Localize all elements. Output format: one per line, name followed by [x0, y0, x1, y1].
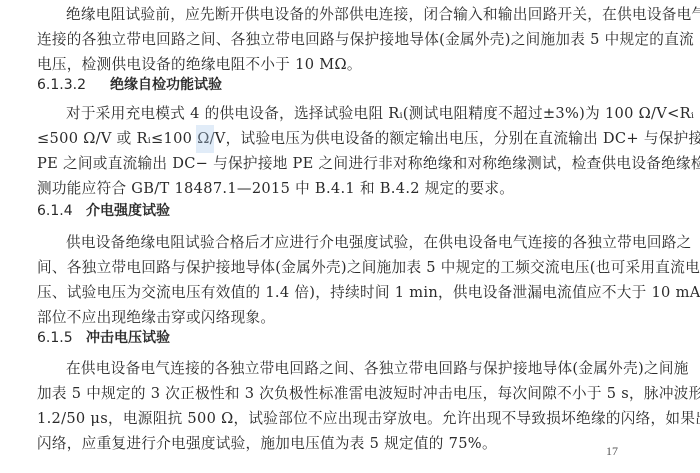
section-heading-6-1-4: 6.1.4介电强度试验 — [37, 199, 170, 224]
text-line: 供电设备绝缘电阻试验合格后才应进行介电强度试验，在供电设备电气连接的各独立带电回… — [37, 230, 642, 255]
selection-highlight — [196, 125, 214, 153]
text-line: 压、试验电压为交流电压有效值的 1.4 倍)，持续时间 1 min，供电设备泄漏… — [37, 280, 642, 305]
text-line: PE 之间或直流输出 DC− 与保护接地 PE 之间进行非对称绝缘和对称绝缘测试… — [37, 151, 642, 176]
paragraph-impulse-voltage: 在供电设备电气连接的各独立带电回路之间、各独立带电回路与保护接地导体(金属外壳)… — [37, 356, 642, 456]
section-heading-6-1-5: 6.1.5冲击电压试验 — [37, 326, 170, 351]
section-title: 冲击电压试验 — [86, 330, 170, 346]
section-number: 6.1.4 — [37, 199, 86, 224]
text-line: 绝缘电阻试验前，应先断开供电设备的外部供电连接，闭合输入和输出回路开关，在供电设… — [37, 2, 642, 27]
section-heading-6-1-3-2: 6.1.3.2绝缘自检功能试验 — [37, 73, 222, 98]
text-line: 在供电设备电气连接的各独立带电回路之间、各独立带电回路与保护接地导体(金属外壳)… — [37, 356, 642, 381]
text-line: 测功能应符合 GB/T 18487.1—2015 中 B.4.1 和 B.4.2… — [37, 176, 642, 201]
paragraph-insulation-self-check: 对于采用充电模式 4 的供电设备，选择试验电阻 Rᵢ(测试电阻精度不超过±3%)… — [37, 101, 642, 201]
text-line: 连接的各独立带电回路之间、各独立带电回路与保护接地导体(金属外壳)之间施加表 5… — [37, 27, 642, 52]
section-number: 6.1.3.2 — [37, 73, 110, 98]
text-line: 1.2/50 μs，电源阻抗 500 Ω，试验部位不应出现击穿放电。允许出现不导… — [37, 406, 642, 431]
text-line: 加表 5 中规定的 3 次正极性和 3 次负极性标准雷电波短时冲击电压，每次间隙… — [37, 381, 642, 406]
section-title: 介电强度试验 — [86, 203, 170, 219]
paragraph-dielectric-strength: 供电设备绝缘电阻试验合格后才应进行介电强度试验，在供电设备电气连接的各独立带电回… — [37, 230, 642, 330]
text-line: 间、各独立带电回路与保护接地导体(金属外壳)之间施加表 5 中规定的工频交流电压… — [37, 255, 642, 280]
section-title: 绝缘自检功能试验 — [110, 77, 222, 93]
page-number: 17 — [606, 444, 618, 459]
text-line: 对于采用充电模式 4 的供电设备，选择试验电阻 Rᵢ(测试电阻精度不超过±3%)… — [37, 101, 642, 126]
paragraph-insulation-resistance: 绝缘电阻试验前，应先断开供电设备的外部供电连接，闭合输入和输出回路开关，在供电设… — [37, 2, 642, 77]
section-number: 6.1.5 — [37, 326, 86, 351]
text-line: 闪络，应重复进行介电强度试验，施加电压值为表 5 规定值的 75%。 — [37, 431, 642, 456]
text-line: ≤500 Ω/V 或 Rᵢ≤100 Ω/V，试验电压为供电设备的额定输出电压，分… — [37, 126, 642, 151]
